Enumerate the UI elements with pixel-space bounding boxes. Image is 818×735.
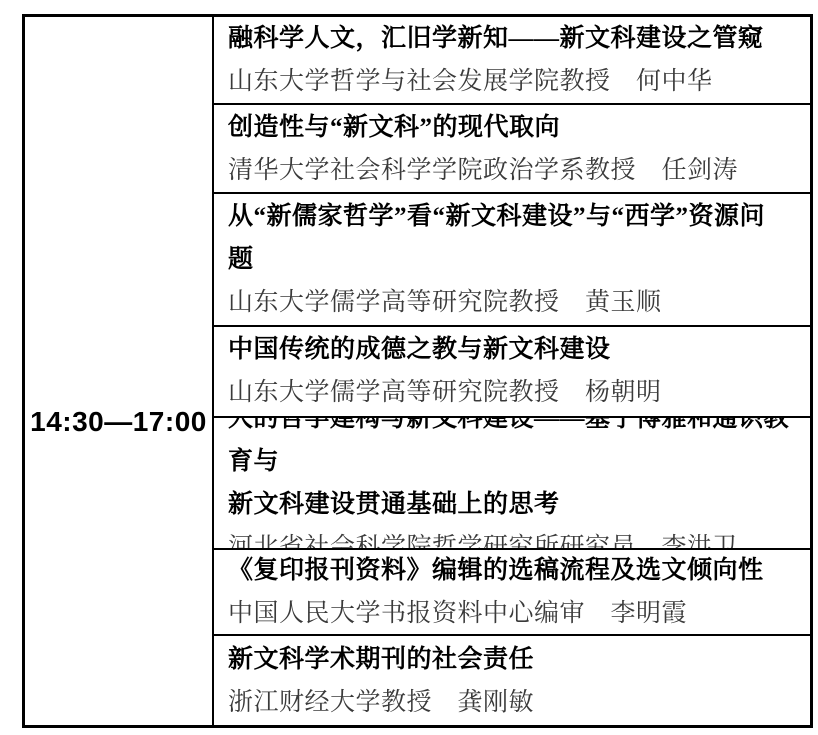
session-title: 从“新儒家哲学”看“新文科建设”与“西学”资源问 题 [228, 195, 800, 281]
session-title: 《复印报刊资料》编辑的选稿流程及选文倾向性 [228, 550, 800, 592]
session-speaker: 浙江财经大学教授 龚刚敏 [228, 681, 800, 724]
session-speaker: 山东大学儒学高等研究院教授 杨朝明 [228, 371, 800, 414]
session-speaker: 山东大学哲学与社会发展学院教授 何中华 [228, 60, 800, 103]
session-speaker: 中国人民大学书报资料中心编审 李明霞 [228, 592, 800, 635]
session-title: 人的哲学建构与新文科建设——基于博雅和通识教育与 新文科建设贯通基础上的思考 [228, 418, 800, 526]
time-range-label: 14:30—17:00 [30, 407, 207, 437]
session-row: 从“新儒家哲学”看“新文科建设”与“西学”资源问 题 山东大学儒学高等研究院教授… [214, 194, 810, 326]
session-title: 中国传统的成德之教与新文科建设 [228, 328, 800, 371]
session-speaker: 山东大学儒学高等研究院教授 黄玉顺 [228, 281, 800, 324]
session-row: 新文科学术期刊的社会责任 浙江财经大学教授 龚刚敏 [214, 636, 810, 725]
session-title: 新文科学术期刊的社会责任 [228, 638, 800, 681]
session-row: 人的哲学建构与新文科建设——基于博雅和通识教育与 新文科建设贯通基础上的思考 河… [214, 418, 810, 550]
schedule-table: 14:30—17:00 融科学人文，汇旧学新知——新文科建设之管窥 山东大学哲学… [22, 14, 813, 728]
session-title: 融科学人文，汇旧学新知——新文科建设之管窥 [228, 17, 800, 60]
session-row: 中国传统的成德之教与新文科建设 山东大学儒学高等研究院教授 杨朝明 [214, 327, 810, 419]
sessions-column: 融科学人文，汇旧学新知——新文科建设之管窥 山东大学哲学与社会发展学院教授 何中… [214, 17, 810, 725]
session-title: 创造性与“新文科”的现代取向 [228, 106, 800, 149]
time-cell: 14:30—17:00 [25, 17, 214, 725]
session-speaker: 河北省社会科学院哲学研究所研究员 李洪卫 [228, 526, 800, 550]
session-row: 融科学人文，汇旧学新知——新文科建设之管窥 山东大学哲学与社会发展学院教授 何中… [214, 17, 810, 105]
session-row: 《复印报刊资料》编辑的选稿流程及选文倾向性 中国人民大学书报资料中心编审 李明霞 [214, 550, 810, 636]
session-row: 创造性与“新文科”的现代取向 清华大学社会科学学院政治学系教授 任剑涛 [214, 105, 810, 194]
session-speaker: 清华大学社会科学学院政治学系教授 任剑涛 [228, 149, 800, 192]
document-page: 14:30—17:00 融科学人文，汇旧学新知——新文科建设之管窥 山东大学哲学… [0, 0, 818, 735]
